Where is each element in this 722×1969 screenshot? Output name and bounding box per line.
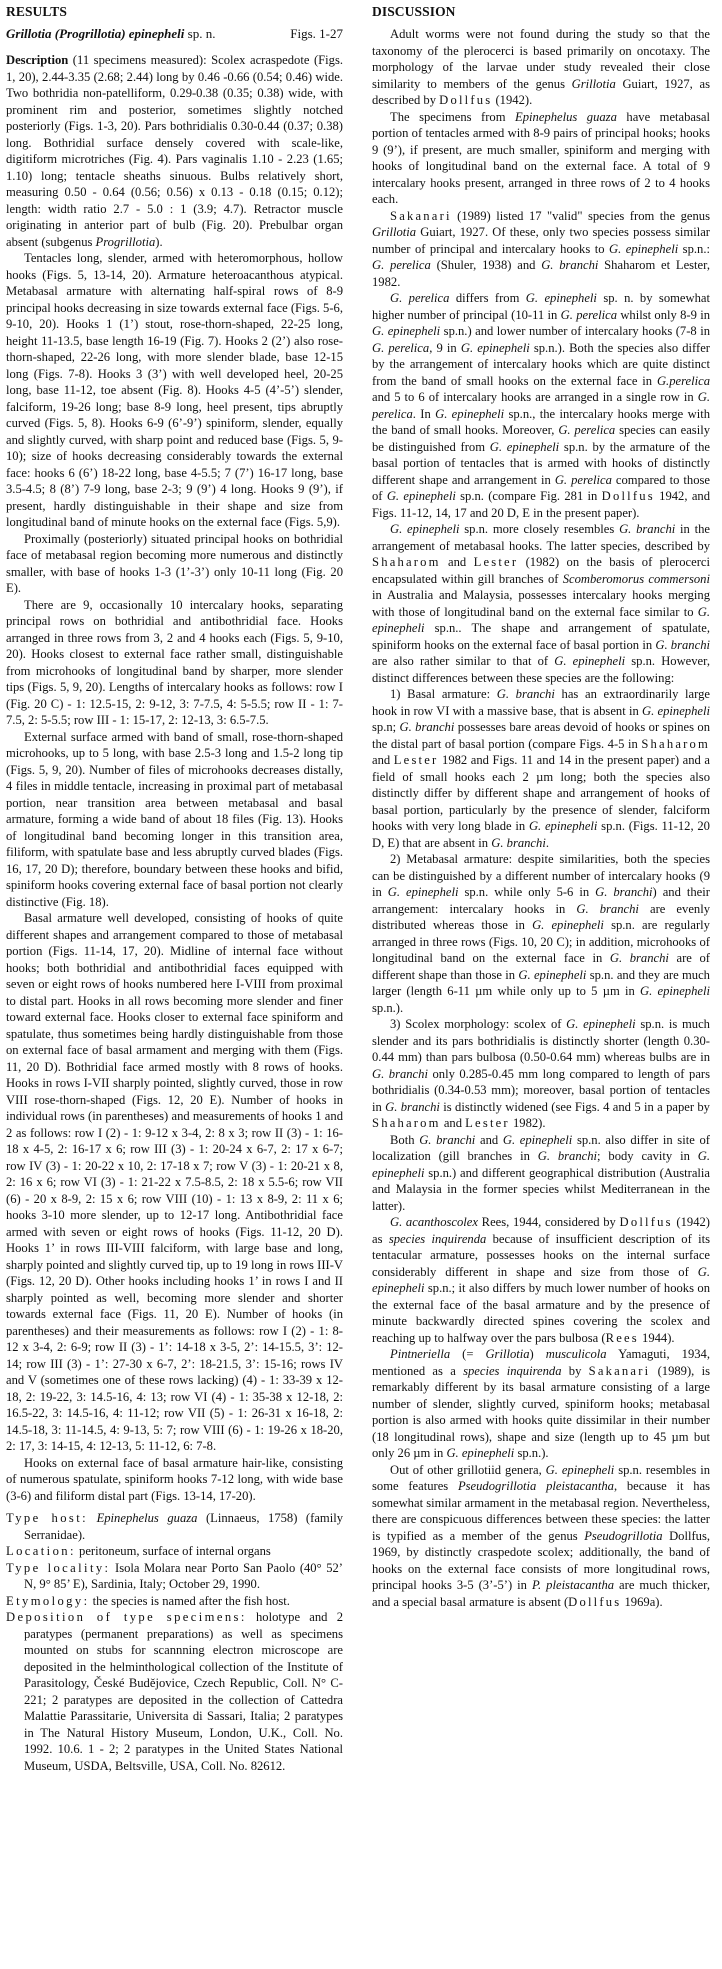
text-run: Out of other grillotiid genera, <box>390 1463 546 1477</box>
text-run: peritoneum, surface of internal organs <box>76 1544 271 1558</box>
paragraph: The specimens from Epinephelus guaza hav… <box>372 109 710 208</box>
entry-label: Type locality: <box>6 1561 110 1575</box>
text-run: is distinctly widened (see Figs. 4 and 5… <box>440 1100 710 1114</box>
author-name: Shaharom <box>372 555 441 569</box>
text-run: and <box>475 1133 503 1147</box>
text-run: External surface armed with band of smal… <box>6 730 343 909</box>
discussion-heading: DISCUSSION <box>372 4 710 20</box>
text-run: sp.n; <box>372 720 400 734</box>
text-run: . In <box>413 407 435 421</box>
paragraph: Hooks on external face of basal armature… <box>6 1455 343 1505</box>
italic-text: Grillotia <box>372 225 416 239</box>
text-run: , 9 in <box>429 341 461 355</box>
italic-text: G. branchi <box>655 638 710 652</box>
text-run: Hooks on external face of basal armature… <box>6 1456 343 1503</box>
italic-text: Pseudogrillotia <box>584 1529 662 1543</box>
entry-label: Type host: <box>6 1511 88 1525</box>
italic-text: G. branchi <box>610 951 669 965</box>
text-run: 1) Basal armature: <box>390 687 497 701</box>
italic-text: G. branchi <box>400 720 455 734</box>
text-run: in Australia and Malaysia, possesses int… <box>372 588 710 619</box>
italic-text: G. branchi <box>619 522 675 536</box>
italic-text: Pintneriella <box>390 1347 450 1361</box>
type-material-entry: Location: peritoneum, surface of interna… <box>6 1543 343 1560</box>
text-run: sp.n. more closely resembles <box>459 522 619 536</box>
paragraph: Pintneriella (= Grillotia) musculicola Y… <box>372 1346 710 1462</box>
author-name: Dollfus <box>568 1595 621 1609</box>
italic-text: G. epinepheli <box>529 819 597 833</box>
author-name: Sakanari <box>390 209 452 223</box>
author-name: Dollfus <box>620 1215 673 1229</box>
italic-text: musculicola <box>546 1347 607 1361</box>
text-run: sp.n.: <box>678 242 710 256</box>
species-name: Grillotia (Progrillotia) epinepheli sp. … <box>6 26 215 42</box>
paragraph: 3) Scolex morphology: scolex of G. epine… <box>372 1016 710 1132</box>
italic-text: Progrillotia <box>96 235 156 249</box>
italic-text: Pseudogrillotia pleistacantha <box>458 1479 614 1493</box>
italic-text: G. epinepheli <box>526 291 597 305</box>
italic-text: P. pleistacantha <box>532 1578 614 1592</box>
paragraph: External surface armed with band of smal… <box>6 729 343 911</box>
text-run: 3) Scolex morphology: scolex of <box>390 1017 566 1031</box>
author-name: Dollfus <box>439 93 492 107</box>
italic-text: G. epinepheli <box>518 968 586 982</box>
paragraph: 1) Basal armature: G. branchi has an ext… <box>372 686 710 851</box>
discussion-column: DISCUSSION Adult worms were not found du… <box>372 4 710 1610</box>
italic-text: G. epinepheli <box>640 984 710 998</box>
entry-label: Location: <box>6 1544 76 1558</box>
text-run: holotype and 2 paratypes (permanent prep… <box>24 1610 343 1773</box>
species-binomial: Grillotia (Progrillotia) epinepheli <box>6 26 184 41</box>
paragraph: Sakanari (1989) listed 17 "valid" specie… <box>372 208 710 291</box>
italic-text: G. acanthoscolex <box>390 1215 478 1229</box>
paragraph: Description (11 specimens measured): Sco… <box>6 52 343 250</box>
type-material-section: Type host: Epinephelus guaza (Linnaeus, … <box>6 1504 343 1774</box>
italic-text: G. epinepheli <box>387 489 456 503</box>
author-name: Rees <box>606 1331 639 1345</box>
italic-text: G. perelica <box>561 308 617 322</box>
text-run: Both <box>390 1133 419 1147</box>
italic-text: G. branchi <box>491 836 546 850</box>
text-run: ; body cavity in <box>597 1149 698 1163</box>
text-run <box>88 1511 97 1525</box>
text-run: Description <box>6 53 68 67</box>
text-run: sp.n. (compare Fig. 281 in <box>456 489 602 503</box>
discussion-body: Adult worms were not found during the st… <box>372 26 710 1610</box>
type-material-entry: Type locality: Isola Molara near Porto S… <box>6 1560 343 1593</box>
italic-text: G. epinepheli <box>554 654 625 668</box>
text-run: (= <box>450 1347 485 1361</box>
italic-text: G. perelica <box>558 423 615 437</box>
author-name: Sakanari <box>589 1364 651 1378</box>
text-run: the species is named after the fish host… <box>89 1594 289 1608</box>
paragraph: Basal armature well developed, consistin… <box>6 910 343 1455</box>
text-run: Basal armature well developed, consistin… <box>6 911 343 1453</box>
paragraph: Proximally (posteriorly) situated princi… <box>6 531 343 597</box>
text-run: and <box>441 1116 465 1130</box>
author-name: Lester <box>474 555 519 569</box>
text-run: The specimens from <box>390 110 515 124</box>
italic-text: G. epinepheli <box>546 1463 615 1477</box>
italic-text: G. epinepheli <box>503 1133 572 1147</box>
paragraph: Tentacles long, slender, armed with hete… <box>6 250 343 531</box>
author-name: Lester <box>394 753 439 767</box>
italic-text: G. epinepheli <box>490 440 559 454</box>
text-run: 1944). <box>639 1331 675 1345</box>
author-name: Shaharom <box>641 737 710 751</box>
text-run: and 5 to 6 of intercalary hooks are arra… <box>372 390 698 404</box>
text-run: 1969a). <box>621 1595 662 1609</box>
italic-text: G. epinepheli <box>532 918 604 932</box>
type-material-entry: Type host: Epinephelus guaza (Linnaeus, … <box>6 1510 343 1543</box>
italic-text: G. epinepheli <box>390 522 459 536</box>
italic-text: G. perelica <box>390 291 449 305</box>
text-run: There are 9, occasionally 10 intercalary… <box>6 598 343 728</box>
text-run: ) <box>530 1347 546 1361</box>
text-run: (1942). <box>492 93 532 107</box>
text-run: Rees, 1944, considered by <box>478 1215 620 1229</box>
italic-text: G. branchi <box>419 1133 475 1147</box>
italic-text: G. branchi <box>541 258 598 272</box>
paragraph: Out of other grillotiid genera, G. epine… <box>372 1462 710 1611</box>
results-column: RESULTS Grillotia (Progrillotia) epineph… <box>6 4 343 1774</box>
text-run: sp.n. while only 5-6 in <box>458 885 595 899</box>
type-material-entry: Deposition of type specimens: holotype a… <box>6 1609 343 1774</box>
entry-label: Deposition of type specimens: <box>6 1610 247 1624</box>
text-run: and <box>441 555 474 569</box>
italic-text: G. branchi <box>385 1100 440 1114</box>
text-run: Tentacles long, slender, armed with hete… <box>6 251 343 529</box>
italic-text: G. epinepheli <box>642 704 710 718</box>
text-run: 1982). <box>510 1116 546 1130</box>
text-run: are also rather similar to that of <box>372 654 554 668</box>
italic-text: G. epinepheli <box>372 324 440 338</box>
paragraph: Adult worms were not found during the st… <box>372 26 710 109</box>
italic-text: G. perelica <box>555 473 612 487</box>
italic-text: G. branchi <box>372 1067 428 1081</box>
italic-text: Grillotia <box>485 1347 529 1361</box>
text-run: . <box>546 836 549 850</box>
paragraph: G. perelica differs from G. epinepheli s… <box>372 290 710 521</box>
text-run: and <box>372 753 394 767</box>
paragraph: Both G. branchi and G. epinepheli sp.n. … <box>372 1132 710 1215</box>
paragraph: There are 9, occasionally 10 intercalary… <box>6 597 343 729</box>
italic-text: Epinephelus guaza <box>515 110 617 124</box>
results-heading: RESULTS <box>6 4 343 20</box>
italic-text: species inquirenda <box>463 1364 561 1378</box>
species-novelty-marker: sp. n. <box>184 26 215 41</box>
italic-text: G. epinepheli <box>435 407 504 421</box>
species-title-line: Grillotia (Progrillotia) epinepheli sp. … <box>6 26 343 42</box>
text-run: sp.n.). <box>514 1446 548 1460</box>
italic-text: G. perelica <box>372 258 431 272</box>
entry-label: Etymology: <box>6 1594 89 1608</box>
author-name: Dollfus <box>602 489 655 503</box>
italic-text: Epinephelus guaza <box>97 1511 198 1525</box>
text-run: (Shuler, 1938) and <box>431 258 541 272</box>
italic-text: G. epinepheli <box>566 1017 635 1031</box>
italic-text: G. epinepheli <box>461 341 530 355</box>
italic-text: G. branchi <box>576 902 639 916</box>
italic-text: G.perelica <box>657 374 710 388</box>
italic-text: G. branchi <box>595 885 652 899</box>
paragraph: G. acanthoscolex Rees, 1944, considered … <box>372 1214 710 1346</box>
paper-page: RESULTS Grillotia (Progrillotia) epineph… <box>0 0 722 1969</box>
text-run: differs from <box>449 291 525 305</box>
paragraph: G. epinepheli sp.n. more closely resembl… <box>372 521 710 686</box>
italic-text: species inquirenda <box>389 1232 486 1246</box>
italic-text: G. epinepheli <box>388 885 459 899</box>
text-run: by <box>562 1364 589 1378</box>
type-material-entry: Etymology: the species is named after th… <box>6 1593 343 1610</box>
paragraph: 2) Metabasal armature: despite similarit… <box>372 851 710 1016</box>
text-run: ). <box>155 235 162 249</box>
italic-text: Grillotia <box>572 77 616 91</box>
italic-text: G. branchi <box>538 1149 597 1163</box>
species-figure-range: Figs. 1-27 <box>290 26 343 42</box>
italic-text: G. branchi <box>497 687 555 701</box>
text-run: sp.n.). <box>372 1001 403 1015</box>
italic-text: G. epinepheli <box>609 242 678 256</box>
italic-text: G. perelica <box>372 341 429 355</box>
text-run: whilst only 8-9 in <box>617 308 710 322</box>
text-run: sp.n.) and lower number of intercalary h… <box>440 324 710 338</box>
text-run: Proximally (posteriorly) situated princi… <box>6 532 343 596</box>
italic-text: Scomberomorus commersoni <box>563 572 710 586</box>
author-name: Shaharom <box>372 1116 441 1130</box>
results-body: Description (11 specimens measured): Sco… <box>6 52 343 1504</box>
text-run: (1989) listed 17 "valid" species from th… <box>452 209 710 223</box>
author-name: Lester <box>465 1116 510 1130</box>
italic-text: G. epinepheli <box>446 1446 514 1460</box>
text-run: (11 specimens measured): Scolex acrasped… <box>6 53 343 249</box>
